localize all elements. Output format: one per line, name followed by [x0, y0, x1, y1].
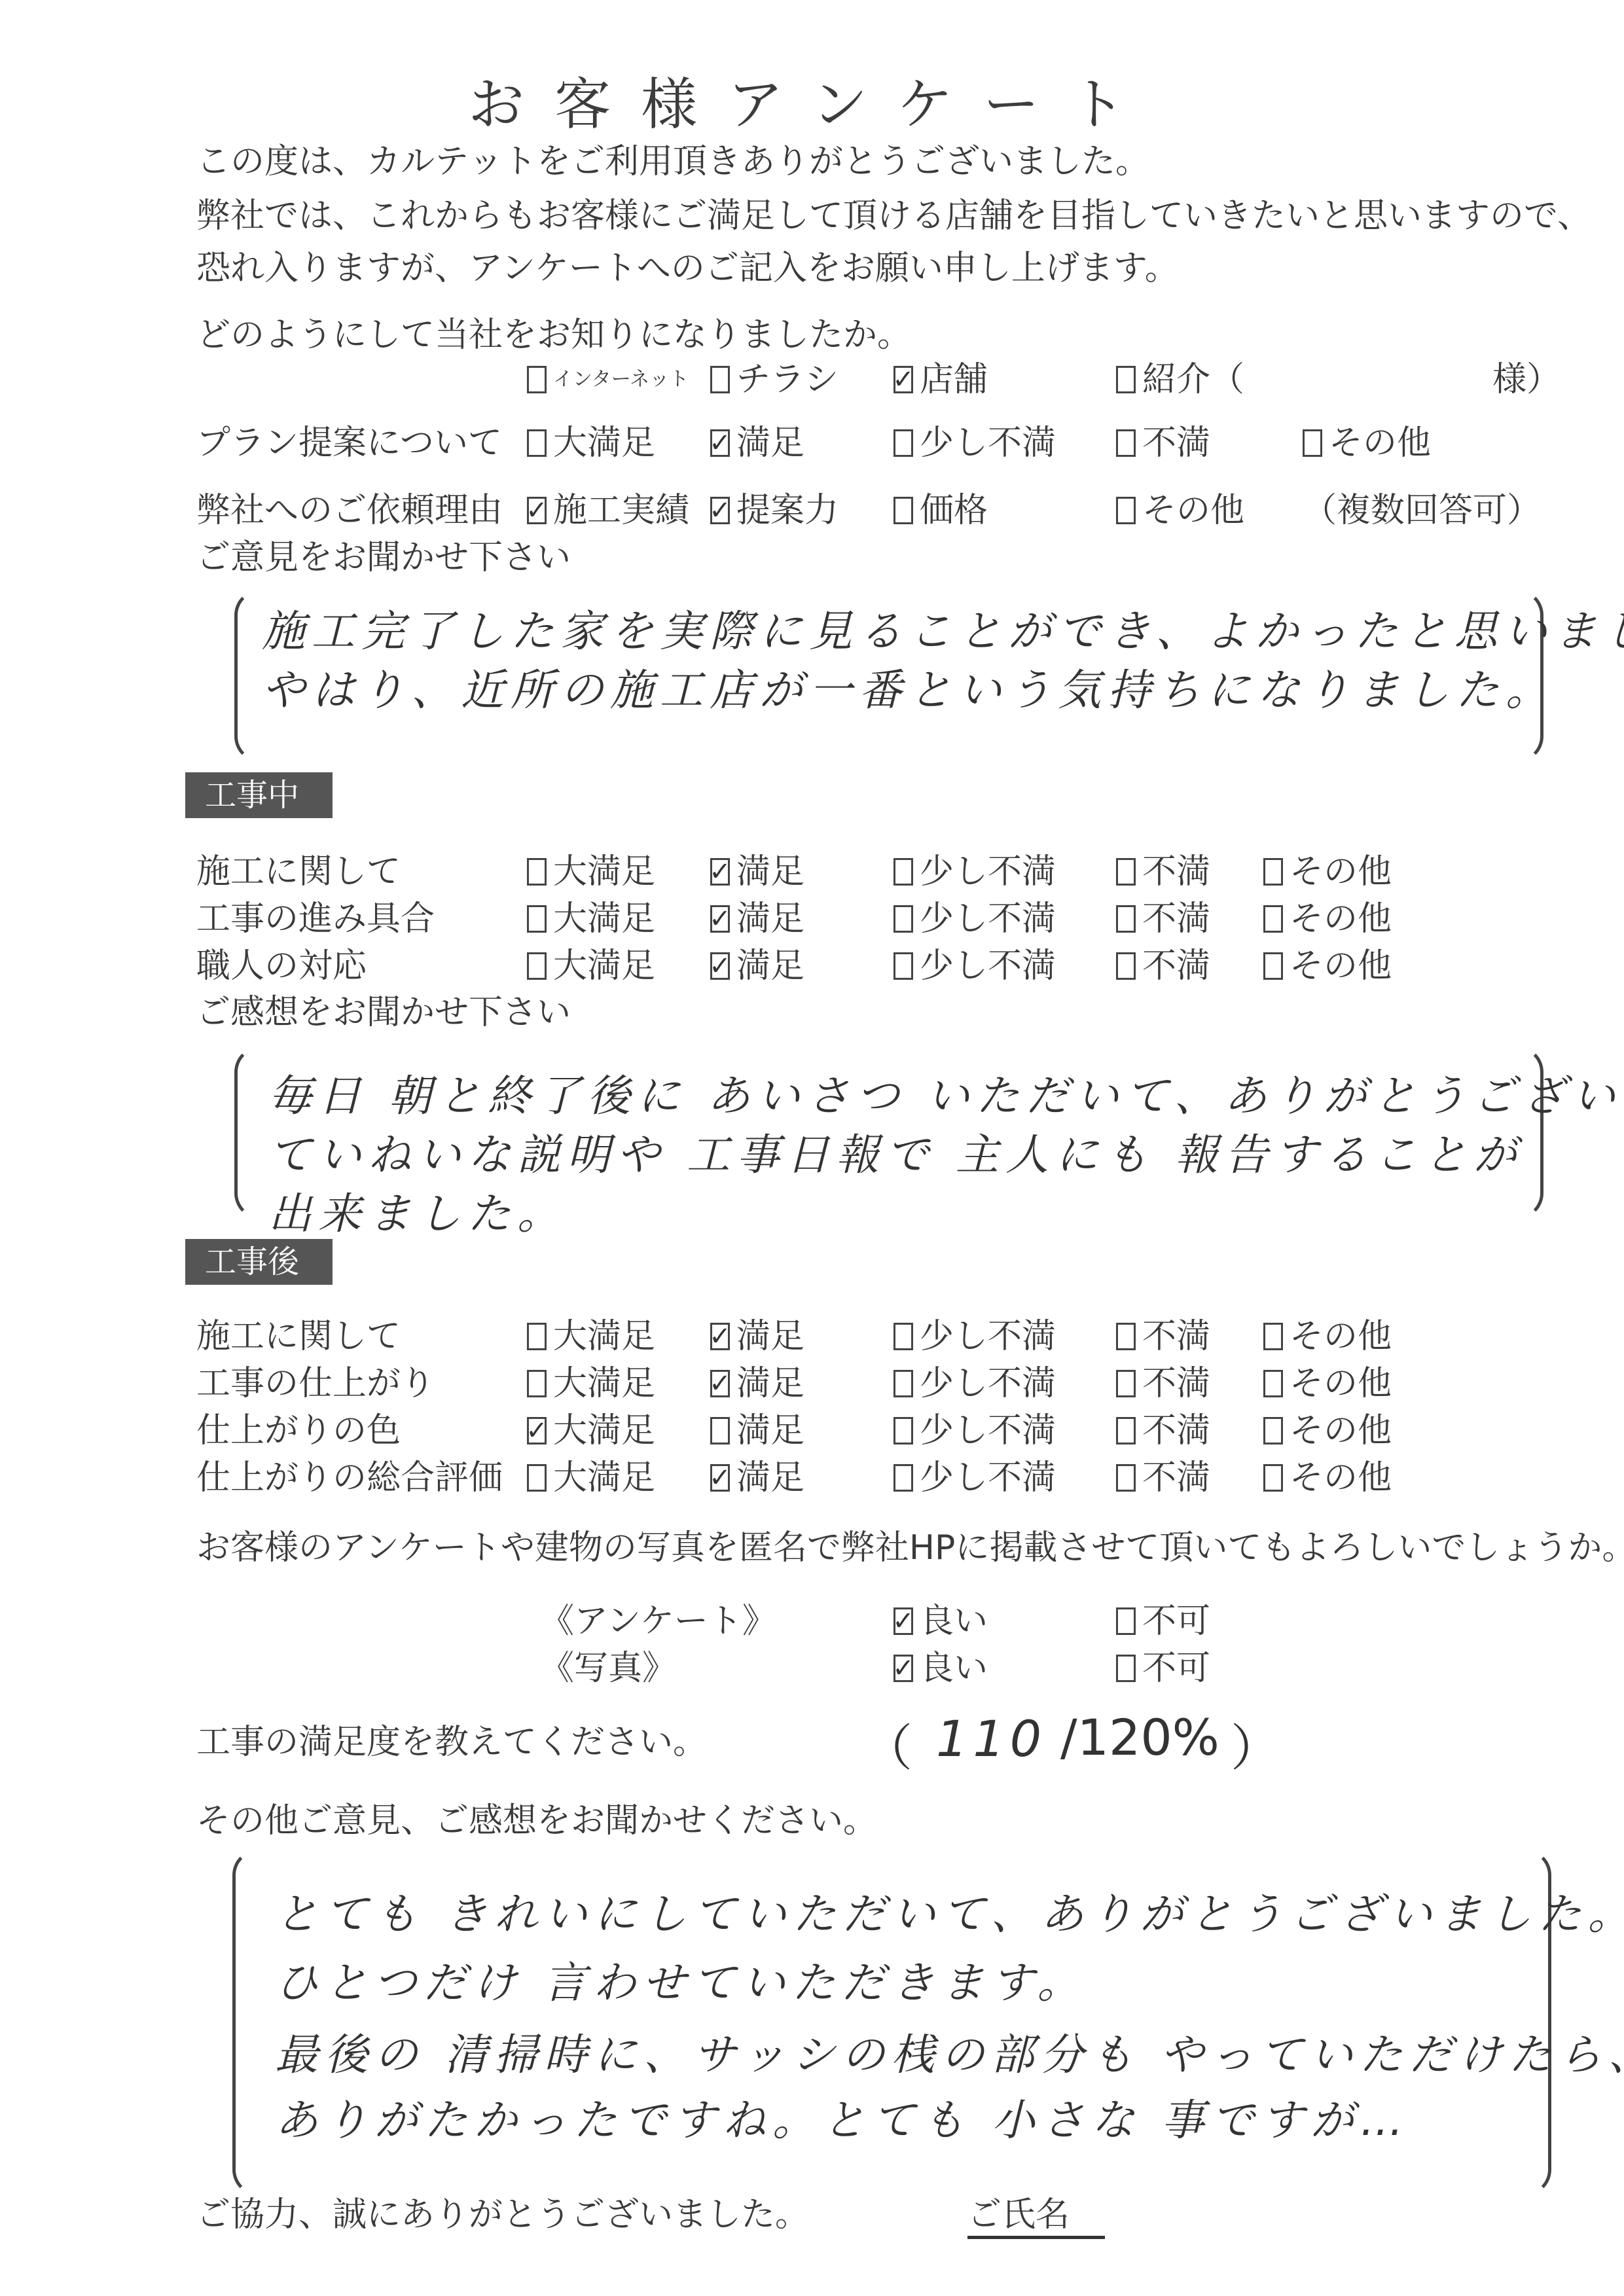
checkbox-checked-icon[interactable]: ✓: [710, 429, 730, 457]
checkbox-icon[interactable]: [1263, 1323, 1283, 1350]
checkbox-icon[interactable]: [1116, 1370, 1136, 1397]
checkbox-icon[interactable]: [1263, 1464, 1283, 1492]
checkbox-icon[interactable]: [527, 429, 547, 457]
checkbox-icon[interactable]: [1116, 858, 1136, 886]
after-row2-option-1[interactable]: ✓満足: [710, 1363, 804, 1405]
satisfaction-question: 工事の満足度を教えてください。: [196, 1721, 707, 1763]
during-row3-option-1[interactable]: ✓満足: [710, 945, 804, 987]
during-row2-option-1[interactable]: ✓満足: [710, 898, 804, 940]
checkbox-icon[interactable]: [1116, 497, 1136, 524]
checkbox-icon[interactable]: [1263, 905, 1283, 933]
option-label: その他: [1290, 945, 1392, 987]
option-label: 大満足: [553, 1316, 655, 1357]
option-label: その他: [1290, 1457, 1392, 1499]
option-label: チラシ: [736, 359, 839, 401]
option-label: 満足: [736, 898, 804, 940]
satisfaction-value[interactable]: 110: [936, 1710, 1047, 1768]
option-label: 大満足: [553, 422, 655, 464]
checkbox-icon[interactable]: [1116, 366, 1136, 393]
option-label: 少し不満: [920, 1457, 1056, 1499]
reason-option-track-record[interactable]: ✓施工実績: [527, 490, 689, 531]
after-row2-option-4[interactable]: その他: [1263, 1363, 1392, 1405]
during-row1-option-4[interactable]: その他: [1263, 851, 1392, 893]
publish-photo-label: 《写真》: [540, 1647, 676, 1689]
section-tag-after: 工事後: [185, 1239, 333, 1285]
during-row-label: 施工に関して: [196, 851, 401, 893]
after-row3-option-2[interactable]: 少し不満: [893, 1410, 1056, 1452]
checkbox-icon[interactable]: [710, 366, 730, 393]
option-label: 満足: [736, 1457, 804, 1499]
checkbox-icon[interactable]: [893, 905, 913, 933]
checkbox-checked-icon[interactable]: ✓: [710, 1370, 730, 1397]
during-row1-option-3[interactable]: 不満: [1116, 851, 1210, 893]
publish-photo-ok[interactable]: ✓良い: [893, 1647, 988, 1689]
publish-survey-ng[interactable]: 不可: [1116, 1600, 1210, 1642]
checkbox-icon[interactable]: [893, 497, 913, 524]
checkbox-icon[interactable]: [527, 1464, 547, 1492]
after-row4-option-1[interactable]: ✓満足: [710, 1457, 804, 1499]
during-row1-option-1[interactable]: ✓満足: [710, 851, 804, 893]
during-row2-option-2[interactable]: 少し不満: [893, 898, 1056, 940]
checkbox-icon[interactable]: [527, 1323, 547, 1350]
checkbox-icon[interactable]: [1116, 1464, 1136, 1492]
section-tag-during: 工事中: [185, 772, 333, 818]
after-row-label: 仕上がりの色: [196, 1410, 401, 1452]
checkbox-icon[interactable]: [893, 1370, 913, 1397]
during-row-label: 職人の対応: [196, 945, 367, 987]
option-label: 不可: [1142, 1647, 1210, 1689]
checkbox-icon[interactable]: [893, 858, 913, 886]
checkbox-checked-icon[interactable]: ✓: [893, 1655, 913, 1682]
intro-line-3: 恐れ入りますが、アンケートへのご記入をお願い申し上げます。: [196, 247, 1179, 289]
option-label: 店舗: [920, 359, 988, 401]
option-internet[interactable]: インターネット: [527, 359, 689, 401]
checkbox-icon[interactable]: [1116, 1655, 1136, 1682]
after-row1-option-2[interactable]: 少し不満: [893, 1316, 1056, 1357]
name-field[interactable]: ご氏名: [967, 2194, 1105, 2239]
option-label: 価格: [920, 490, 988, 531]
during-row1-option-2[interactable]: 少し不満: [893, 851, 1056, 893]
checkbox-icon[interactable]: [527, 952, 547, 980]
other-comments-prompt: その他ご意見、ご感想をお聞かせください。: [196, 1800, 877, 1842]
during-row2-option-0[interactable]: 大満足: [527, 898, 655, 940]
option-label: その他: [1290, 1410, 1392, 1452]
plan-option-dissatisfied[interactable]: 不満: [1116, 422, 1210, 464]
after-row-label: 工事の仕上がり: [196, 1363, 435, 1405]
thanks-message: ご協力、誠にありがとうございました。: [196, 2194, 809, 2236]
intro-line-1: この度は、カルテットをご利用頂きありがとうございました。: [196, 141, 1149, 183]
checkbox-icon[interactable]: [893, 952, 913, 980]
option-label: 満足: [736, 1316, 804, 1357]
option-label: その他: [1290, 898, 1392, 940]
option-label: 少し不満: [920, 1363, 1056, 1405]
checkbox-icon[interactable]: [1263, 952, 1283, 980]
intro-line-2: 弊社では、これからもお客様にご満足して頂ける店舗を目指していきたいと思いますので…: [196, 195, 1591, 237]
option-label: 満足: [736, 851, 804, 893]
option-label: 満足: [736, 1410, 804, 1452]
option-label: 不満: [1142, 898, 1210, 940]
option-label: 不可: [1142, 1600, 1210, 1642]
checkbox-checked-icon[interactable]: ✓: [710, 1464, 730, 1492]
checkbox-icon[interactable]: [1116, 1417, 1136, 1444]
option-label: 大満足: [553, 1410, 655, 1452]
option-label: 大満足: [553, 1363, 655, 1405]
option-label: 満足: [736, 422, 804, 464]
other-comment-line-4: ありがたかったですね。とても 小さな 事ですが…: [275, 2085, 1410, 2157]
checkbox-icon[interactable]: [1116, 1607, 1136, 1635]
checkbox-icon[interactable]: [893, 429, 913, 457]
publish-survey-ok[interactable]: ✓良い: [893, 1600, 988, 1642]
after-row2-option-3[interactable]: 不満: [1116, 1363, 1210, 1405]
option-label: 施工実績: [553, 490, 689, 531]
satisfaction-max: /120%: [1060, 1708, 1219, 1767]
after-row3-option-1[interactable]: 満足: [710, 1410, 804, 1452]
option-store[interactable]: ✓ 店舗: [893, 359, 988, 401]
checkbox-icon[interactable]: [527, 905, 547, 933]
publish-survey-label: 《アンケート》: [540, 1600, 776, 1642]
checkbox-icon[interactable]: [893, 1417, 913, 1444]
option-label: 不満: [1142, 1316, 1210, 1357]
referral-suffix: 様）: [1492, 359, 1561, 401]
name-label: ご氏名: [967, 2195, 1070, 2234]
during-row3-option-0[interactable]: 大満足: [527, 945, 655, 987]
option-label: 大満足: [553, 1457, 655, 1499]
request-reason-label: 弊社へのご依頼理由: [196, 490, 503, 531]
after-row2-option-0[interactable]: 大満足: [527, 1363, 655, 1405]
after-row3-option-0[interactable]: ✓大満足: [527, 1410, 655, 1452]
after-row2-option-2[interactable]: 少し不満: [893, 1363, 1056, 1405]
after-row4-option-4[interactable]: その他: [1263, 1457, 1392, 1499]
after-row-label: 施工に関して: [196, 1316, 401, 1357]
option-referral[interactable]: 紹介（: [1116, 359, 1244, 401]
page-title: お客様アンケート: [0, 59, 1624, 140]
after-row3-option-4[interactable]: その他: [1263, 1410, 1392, 1452]
reason-option-other[interactable]: その他: [1116, 490, 1244, 531]
after-row1-option-3[interactable]: 不満: [1116, 1316, 1210, 1357]
during-row3-option-4[interactable]: その他: [1263, 945, 1392, 987]
checkbox-checked-icon[interactable]: ✓: [710, 1323, 730, 1350]
option-label: 不満: [1142, 422, 1210, 464]
option-label: 少し不満: [920, 422, 1056, 464]
checkbox-icon[interactable]: [527, 1370, 547, 1397]
plan-proposal-label: プラン提案について: [196, 422, 502, 464]
other-comment-line-1: とても きれいにしていただいて、ありがとうございました。: [275, 1878, 1624, 1950]
during-comment-prompt: ご感想をお聞かせ下さい: [196, 992, 571, 1033]
checkbox-icon[interactable]: [1263, 1417, 1283, 1444]
reason-option-price[interactable]: 価格: [893, 490, 988, 531]
plan-option-other[interactable]: その他: [1303, 422, 1431, 464]
after-row4-option-3[interactable]: 不満: [1116, 1457, 1210, 1499]
option-label: 少し不満: [920, 1410, 1056, 1452]
option-label: 少し不満: [920, 1316, 1056, 1357]
checkbox-icon[interactable]: [1116, 429, 1136, 457]
how-known-question: どのようにして当社をお知りになりましたか。: [196, 314, 911, 356]
option-label: その他: [1290, 1363, 1392, 1405]
plan-option-satisfied[interactable]: ✓満足: [710, 422, 804, 464]
option-label: インターネット: [553, 359, 689, 401]
option-label: その他: [1329, 422, 1431, 464]
publish-photo-ng[interactable]: 不可: [1116, 1647, 1210, 1689]
during-row-label: 工事の進み具合: [196, 898, 435, 940]
option-label: 大満足: [553, 851, 655, 893]
option-label: その他: [1290, 1316, 1392, 1357]
after-row4-option-2[interactable]: 少し不満: [893, 1457, 1056, 1499]
option-label: 良い: [920, 1647, 988, 1689]
option-label: 満足: [736, 945, 804, 987]
checkbox-checked-icon[interactable]: ✓: [710, 858, 730, 886]
checkbox-icon[interactable]: [1263, 1370, 1283, 1397]
option-label: 良い: [920, 1600, 988, 1642]
checkbox-checked-icon[interactable]: ✓: [710, 905, 730, 933]
after-row4-option-0[interactable]: 大満足: [527, 1457, 655, 1499]
publish-question: お客様のアンケートや建物の写真を匿名で弊社HPに掲載させて頂いてもよろしいでしょ…: [196, 1527, 1624, 1569]
checkbox-checked-icon[interactable]: ✓: [710, 497, 730, 524]
option-label: 少し不満: [920, 945, 1056, 987]
after-row3-option-3[interactable]: 不満: [1116, 1410, 1210, 1452]
reason-option-proposal[interactable]: ✓提案力: [710, 490, 839, 531]
option-label: 不満: [1142, 851, 1210, 893]
checkbox-icon[interactable]: [893, 1323, 913, 1350]
multiple-answers-note: （複数回答可）: [1303, 490, 1541, 531]
option-label: 大満足: [553, 945, 655, 987]
checkbox-checked-icon[interactable]: ✓: [893, 366, 913, 393]
during-row2-option-4[interactable]: その他: [1263, 898, 1392, 940]
option-label: その他: [1142, 490, 1244, 531]
checkbox-icon[interactable]: [1116, 1323, 1136, 1350]
option-label: その他: [1290, 851, 1392, 893]
after-row1-option-0[interactable]: 大満足: [527, 1316, 655, 1357]
checkbox-icon[interactable]: [1116, 905, 1136, 933]
plan-option-slightly-dissatisfied[interactable]: 少し不満: [893, 422, 1056, 464]
option-label: 不満: [1142, 1363, 1210, 1405]
during-row1-option-0[interactable]: 大満足: [527, 851, 655, 893]
option-label: 大満足: [553, 898, 655, 940]
checkbox-checked-icon[interactable]: ✓: [527, 1417, 547, 1444]
checkbox-icon[interactable]: [710, 1417, 730, 1444]
after-row1-option-4[interactable]: その他: [1263, 1316, 1392, 1357]
checkbox-checked-icon[interactable]: ✓: [710, 952, 730, 980]
option-label: 不満: [1142, 1410, 1210, 1452]
plan-option-very-satisfied[interactable]: 大満足: [527, 422, 655, 464]
checkbox-checked-icon[interactable]: ✓: [893, 1607, 913, 1635]
opinion-prompt: ご意見をお聞かせ下さい: [196, 537, 571, 579]
other-comment-line-3: 最後の 清掃時に、サッシの桟の部分も やっていただけたら、とても: [275, 2019, 1624, 2091]
during-row3-option-3[interactable]: 不満: [1116, 945, 1210, 987]
option-label: 提案力: [736, 490, 839, 531]
option-label: 不満: [1142, 1457, 1210, 1499]
checkbox-icon[interactable]: [1116, 952, 1136, 980]
satisfaction-open-paren: （: [863, 1708, 912, 1780]
opinion-line-2: やはり、近所の施工店が一番という気持ちになりました。: [262, 655, 1555, 726]
checkbox-icon[interactable]: [1303, 429, 1322, 457]
option-label: 少し不満: [920, 851, 1056, 893]
satisfaction-close-paren: ）: [1231, 1708, 1280, 1780]
option-label: 不満: [1142, 945, 1210, 987]
after-row1-option-1[interactable]: ✓満足: [710, 1316, 804, 1357]
checkbox-checked-icon[interactable]: ✓: [527, 497, 547, 524]
after-row-label: 仕上がりの総合評価: [196, 1457, 503, 1499]
checkbox-icon[interactable]: [893, 1464, 913, 1492]
checkbox-icon[interactable]: [1263, 858, 1283, 886]
option-label: 少し不満: [920, 898, 1056, 940]
option-label: 紹介（: [1142, 359, 1244, 401]
other-comment-line-2: ひとつだけ 言わせていただきます。: [275, 1947, 1087, 2019]
option-flyer[interactable]: チラシ: [710, 359, 839, 401]
checkbox-icon[interactable]: [527, 366, 547, 393]
checkbox-icon[interactable]: [527, 858, 547, 886]
option-label: 満足: [736, 1363, 804, 1405]
during-row2-option-3[interactable]: 不満: [1116, 898, 1210, 940]
during-row3-option-2[interactable]: 少し不満: [893, 945, 1056, 987]
